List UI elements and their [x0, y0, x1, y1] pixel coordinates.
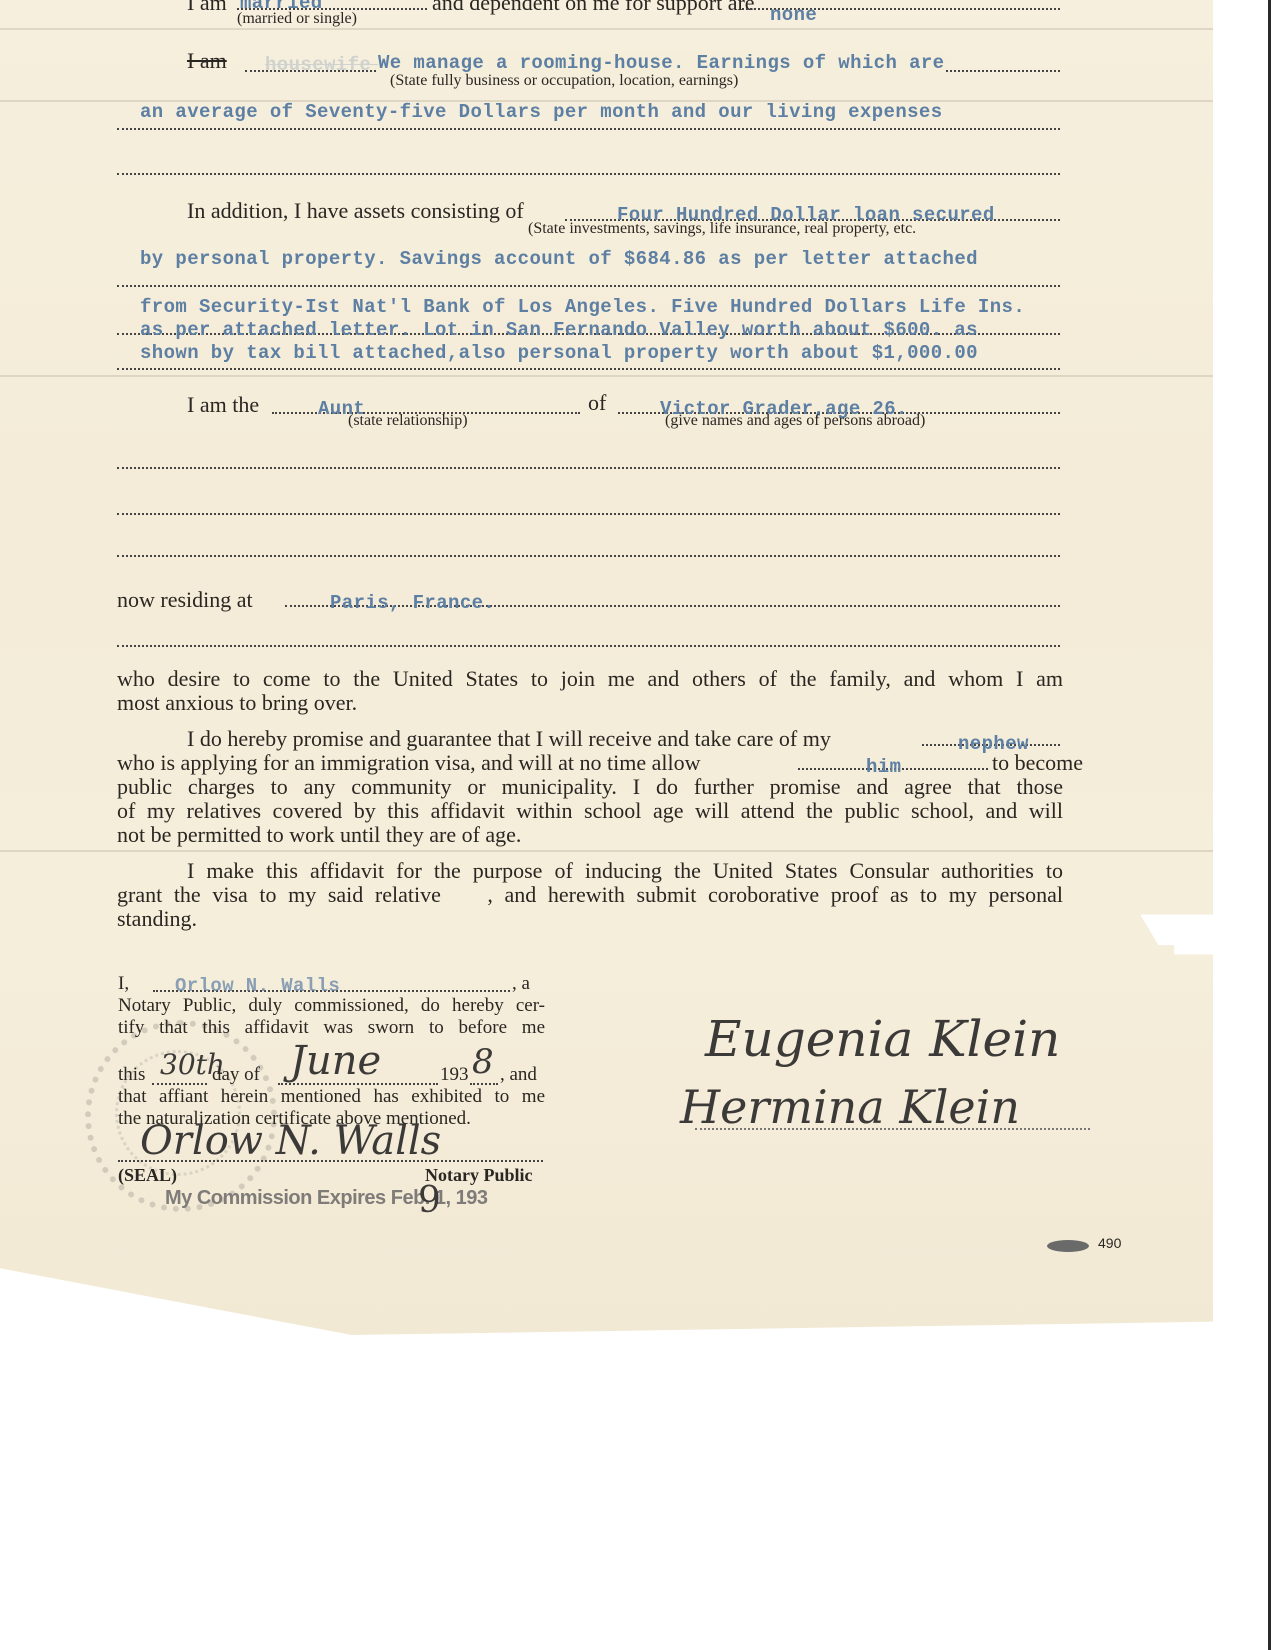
- notary-line3: tify that this affidavit was sworn to be…: [118, 1017, 545, 1039]
- fold-crease: [0, 28, 1213, 30]
- p2-line5: not be permitted to work until they are …: [117, 822, 521, 848]
- p3-line2: grant the visa to my said relative , and…: [117, 882, 1063, 908]
- dependents-value: none: [770, 4, 817, 26]
- p2-line1: I do hereby promise and guarantee that I…: [187, 726, 831, 752]
- fold-crease: [0, 375, 1213, 377]
- occupation-typed-line2: an average of Seventy-five Dollars per m…: [140, 101, 943, 123]
- assets-typed-line3: from Security-Ist Nat'l Bank of Los Ange…: [140, 296, 1025, 318]
- fold-crease: [0, 850, 1213, 852]
- p1-line2: most anxious to bring over.: [117, 690, 357, 716]
- year-field-line: [470, 1083, 498, 1085]
- residence-prefix: now residing at: [117, 587, 253, 613]
- scanner-edge: [1268, 0, 1271, 1650]
- seal-label: (SEAL): [118, 1165, 177, 1186]
- notary-line2: Notary Public, duly commissioned, do her…: [118, 995, 545, 1017]
- notary-date-suffix: , and: [500, 1064, 537, 1086]
- union-label-icon: [1047, 1240, 1089, 1252]
- notary-signature-line: [118, 1160, 543, 1162]
- p1-line1: who desire to come to the United States …: [117, 666, 1063, 692]
- p2-line2-end: to become: [992, 750, 1083, 776]
- occupation-line-2: [117, 128, 1060, 130]
- assets-hint: (State investments, savings, life insura…: [528, 220, 916, 238]
- notary-line1-suffix: , a: [512, 973, 530, 995]
- persons-line-3: [117, 513, 1060, 515]
- status-middle: and dependent on me for support are: [432, 0, 755, 16]
- form-number: 490: [1098, 1235, 1121, 1251]
- persons-line-2: [117, 467, 1060, 469]
- signature-hermina-klein: Hermina Klein: [680, 1080, 1020, 1134]
- p2-line4: of my relatives covered by this affidavi…: [117, 798, 1063, 824]
- persons-hint: (give names and ages of persons abroad): [665, 412, 925, 430]
- notary-line1-prefix: I,: [118, 973, 129, 995]
- handwritten-commission-digit: 9: [418, 1180, 441, 1221]
- assets-typed-line5: shown by tax bill attached,also personal…: [140, 342, 978, 364]
- p2-line2: who is applying for an immigration visa,…: [117, 750, 701, 776]
- occupation-hint: (State fully business or occupation, loc…: [390, 72, 738, 90]
- p2-line3: public charges to any community or munic…: [117, 774, 1063, 800]
- handwritten-year-digit: 8: [472, 1042, 494, 1082]
- day-field-line: [152, 1083, 207, 1085]
- notary-title-label: Notary Public: [425, 1165, 533, 1186]
- status-prefix: I am: [187, 0, 227, 16]
- notary-signature: Orlow N. Walls: [140, 1118, 441, 1164]
- handwritten-month: June: [290, 1038, 381, 1084]
- assets-prefix: In addition, I have assets consisting of: [187, 198, 524, 224]
- marital-hint: (married or single): [237, 10, 357, 28]
- p3-line3: standing.: [117, 906, 197, 932]
- notary-year-prefix: 193: [440, 1064, 469, 1086]
- residence-line-2: [117, 645, 1060, 647]
- occupation-line-3: [117, 173, 1060, 175]
- notary-line5: that affiant herein mentioned has exhibi…: [118, 1086, 545, 1108]
- notary-date-dayof: day of: [212, 1064, 260, 1086]
- notary-date-this: this: [118, 1064, 145, 1086]
- assets-typed-line4: as per attached letter. Lot in San Ferna…: [140, 319, 978, 341]
- occupation-typed-line1: We manage a rooming-house. Earnings of w…: [378, 52, 945, 74]
- of-label: of: [588, 390, 606, 416]
- assets-typed-line2: by personal property. Savings account of…: [140, 248, 978, 270]
- p3-line1: I make this affidavit for the purpose of…: [187, 858, 1063, 884]
- relationship-prefix: I am the: [187, 392, 259, 418]
- assets-line-2: [117, 285, 1060, 287]
- signature-eugenia-klein: Eugenia Klein: [705, 1010, 1060, 1068]
- residence-value: Paris, France.: [330, 592, 495, 614]
- assets-line-4: [117, 368, 1060, 370]
- notary-typed-name: Orlow N. Walls: [175, 975, 340, 997]
- occupation-prefix-struck: I am: [187, 48, 227, 74]
- persons-line-4: [117, 555, 1060, 557]
- relationship-hint: (state relationship): [348, 412, 468, 430]
